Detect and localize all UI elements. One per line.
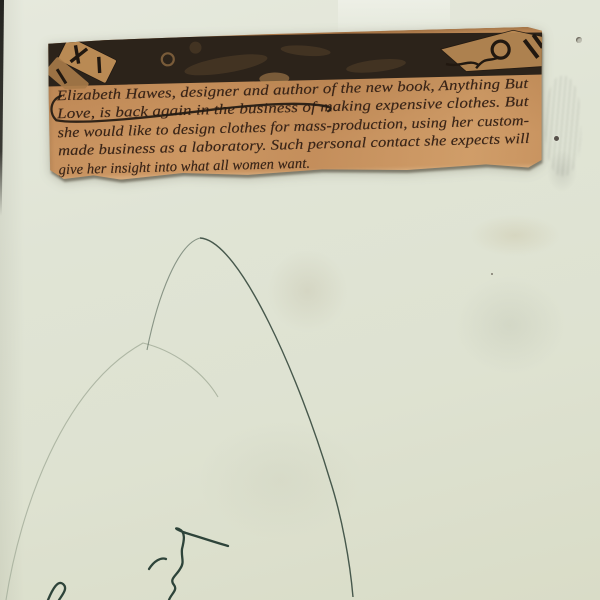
ellipse-arc-dark: [200, 238, 353, 597]
pen-sketch-marks: [0, 0, 600, 600]
signature: [48, 528, 228, 600]
pin-hole: [554, 136, 559, 141]
photograph: Elizabeth Hawes, designer and author of …: [0, 0, 600, 600]
ellipse-arc-dark-left: [147, 238, 200, 350]
paper-speck: [491, 273, 493, 275]
pin-hole: [576, 37, 582, 43]
ellipse-arc-faint: [6, 343, 218, 600]
